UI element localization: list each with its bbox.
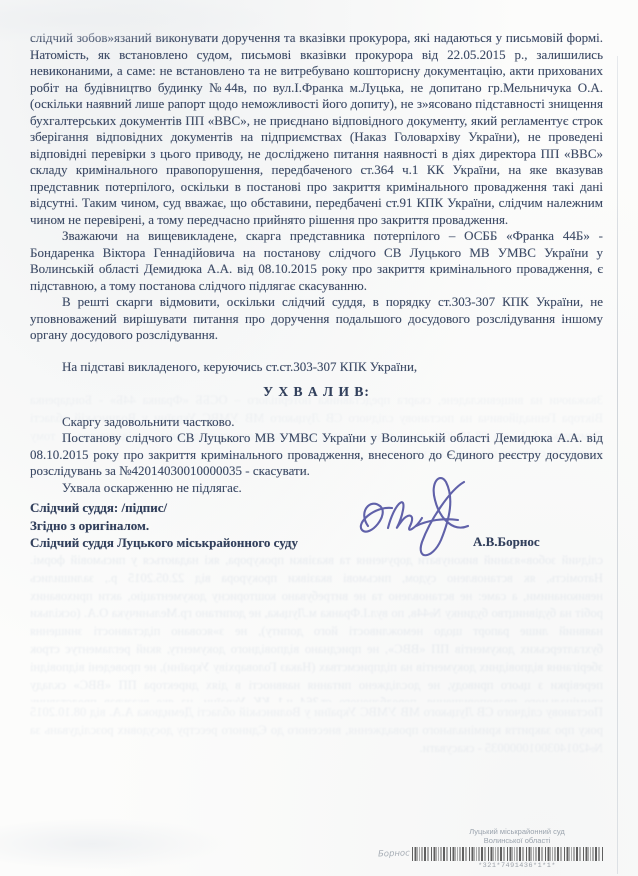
paragraph: Зважаючи на вищевикладене, скарга предст…: [30, 228, 603, 294]
judge-title-line: Слідчий суддя Луцького міськрайонного су…: [30, 534, 298, 552]
court-stamp: Луцький міськрайонний суд Волинської обл…: [378, 827, 616, 870]
document-body: слідчий зобов»язаний виконувати дорученн…: [30, 30, 603, 496]
paragraph-resolution: Постанову слідчого СВ Луцького МВ УМВС У…: [30, 430, 603, 480]
barcode-number: *321*7491436*1*1*: [378, 862, 616, 870]
stamp-handwritten-name: Борнос: [378, 848, 410, 859]
handwritten-signature-ink: [346, 468, 480, 572]
scan-edge-line: [617, 56, 618, 874]
barcode: [412, 847, 604, 861]
stamp-region: Волинської області: [378, 836, 616, 845]
paragraph-legal-basis: На підставі викладеного, керуючись ст.ст…: [30, 359, 603, 376]
signature-block: Слідчий суддя: /підпис/ Згідно з оригіна…: [30, 499, 298, 552]
resolution-heading: У Х В А Л И В:: [30, 384, 603, 401]
paragraph-continuation: слідчий зобов»язаний виконувати дорученн…: [30, 30, 603, 228]
stamp-court-name: Луцький міськрайонний суд: [378, 827, 616, 836]
scanned-court-document-page: Зважаючи на вищевикладене, скарга предст…: [0, 0, 638, 876]
judge-name: А.В.Борнос: [473, 534, 540, 550]
paragraph: В решті скарги відмовити, оскільки слідч…: [30, 294, 603, 344]
scan-artifact-bottom: [0, 818, 230, 870]
bleedthrough-text: слідчий зобов»язаний виконувати дорученн…: [30, 552, 603, 702]
judge-signature-label: Слідчий суддя: /підпис/: [30, 499, 298, 517]
paragraph-resolution: Скаргу задовольнити частково.: [30, 414, 603, 431]
bleedthrough-text: Постанову слідчого СВ Луцького МВ УМВС У…: [30, 704, 603, 832]
paragraph-resolution: Ухвала оскарженню не підлягає.: [30, 480, 603, 497]
certified-copy-label: Згідно з оригіналом.: [30, 517, 298, 535]
